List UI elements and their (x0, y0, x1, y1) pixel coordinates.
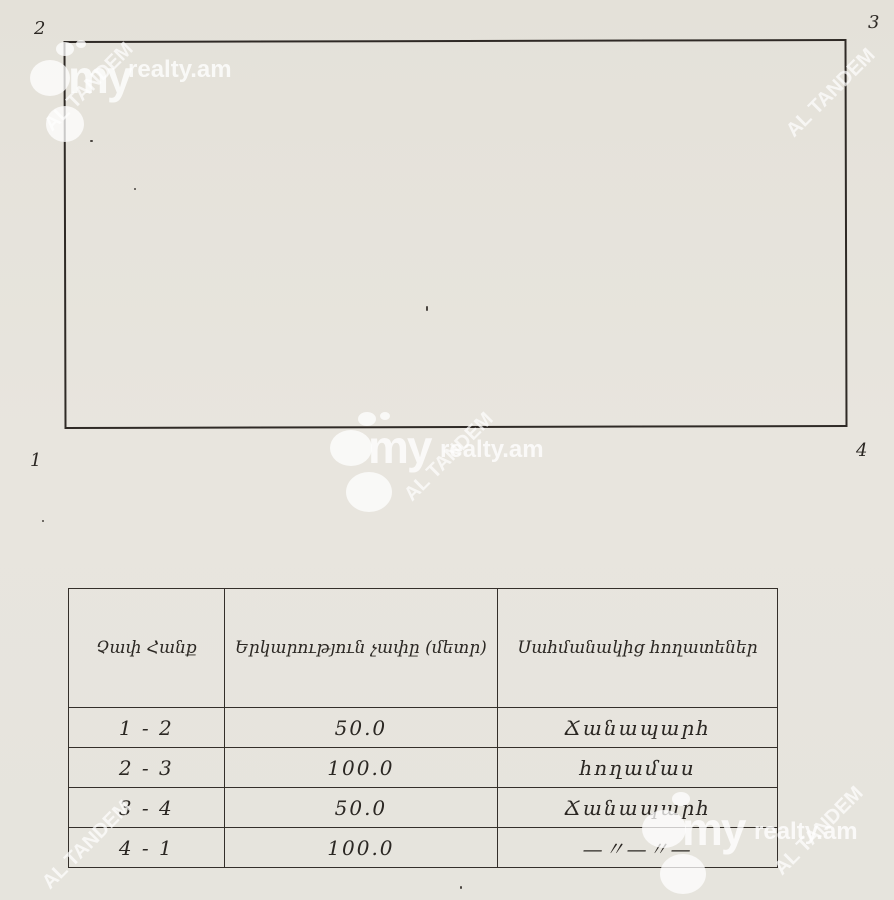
cell-length: 100.0 (224, 828, 498, 868)
table-header-row: Չափ Հանք Երկարություն չափը (մետր) Սահման… (69, 589, 778, 708)
cell-length: 50.0 (224, 708, 498, 748)
table-row: 4 - 1 100.0 —〃—〃— (69, 828, 778, 868)
cell-neighbor: հողամաս (498, 748, 778, 788)
cell-neighbor: —〃—〃— (498, 828, 778, 868)
table-row: 2 - 3 100.0 հողամաս (69, 748, 778, 788)
table-row: 1 - 2 50.0 Ճանապարհ (69, 708, 778, 748)
header-neighbors: Սահմանակից հողատեներ (498, 589, 778, 708)
speck (460, 886, 462, 889)
cell-segment: 1 - 2 (69, 708, 225, 748)
speck (426, 306, 428, 311)
corner-label-4: 4 (856, 440, 867, 461)
speck (90, 140, 93, 142)
corner-label-2: 2 (34, 18, 45, 39)
land-plot-outline (63, 39, 847, 429)
boundaries-table: Չափ Հանք Երկարություն չափը (մետր) Սահման… (68, 588, 778, 868)
cell-neighbor: Ճանապարհ (498, 788, 778, 828)
cell-length: 50.0 (224, 788, 498, 828)
speck (134, 188, 136, 190)
speck (42, 520, 44, 522)
cell-length: 100.0 (224, 748, 498, 788)
header-length: Երկարություն չափը (մետր) (224, 589, 498, 708)
corner-label-1: 1 (30, 450, 41, 471)
header-segment: Չափ Հանք (69, 589, 225, 708)
cell-segment: 2 - 3 (69, 748, 225, 788)
table-row: 3 - 4 50.0 Ճանապարհ (69, 788, 778, 828)
cell-neighbor: Ճանապարհ (498, 708, 778, 748)
corner-label-3: 3 (868, 12, 879, 33)
cell-segment: 3 - 4 (69, 788, 225, 828)
